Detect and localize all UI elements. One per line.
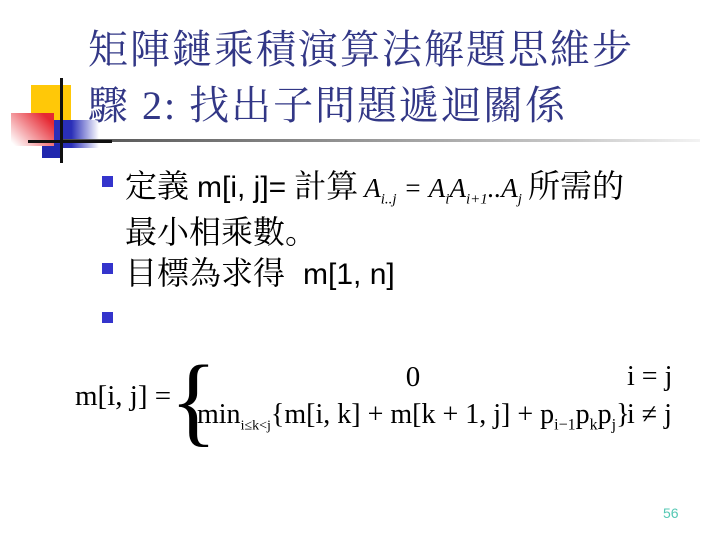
bullet1-define-text: 定義 [125, 168, 189, 204]
slide-number: 56 [663, 505, 679, 521]
formula-body: {m[i, k] + m[k + 1, j] + p [271, 399, 554, 430]
decor-small-blue-square [42, 144, 62, 158]
bullet2-label-text: 目標為求得 [125, 255, 285, 291]
bullet2-m-expression: m[1, n] [303, 258, 395, 291]
formula-lhs: m[i, j] = [75, 380, 171, 413]
bullet1-line2-text: 最小相乘數。 [125, 214, 317, 250]
title-underline-rule [60, 139, 700, 142]
slide-title-line1: 矩陣鏈乘積演算法解題思維步 [88, 22, 634, 78]
bullet1-line1: 定義m[i, j]=計算Ai..j=AiAi+1..Aj所需的 [125, 166, 624, 208]
math-sub: i..j [381, 191, 397, 207]
bullet-marker [102, 176, 113, 187]
math-dots: .. [488, 173, 502, 203]
bullet1-m-expression: m[i, j]= [197, 171, 286, 204]
math-A: A [449, 173, 466, 203]
slide: 矩陣鏈乘積演算法解題思維步 驟 2: 找出子問題遞迴關係 定義m[i, j]=計… [0, 0, 720, 540]
formula-body: p [598, 399, 612, 430]
decor-vertical-line [60, 78, 63, 163]
math-A: A [501, 173, 518, 203]
bullet2-line: 目標為求得m[1, n] [125, 253, 395, 295]
bullet1-inline-formula: Ai..j=AiAi+1..Aj [364, 173, 522, 203]
math-A: A [429, 173, 446, 203]
math-sub: i+1 [466, 191, 488, 207]
formula-sub: k [590, 417, 598, 434]
formula-conditions: i = j i ≠ j [627, 360, 672, 436]
bullet-marker-empty [102, 312, 113, 323]
formula-case2-condition: i ≠ j [627, 398, 672, 436]
formula-min: min [197, 399, 241, 430]
math-A: A [364, 173, 381, 203]
decor-horizontal-line [28, 140, 112, 143]
math-equals: = [404, 173, 422, 203]
recurrence-formula: m[i, j] = { 0 mini≤k<j{m[i, k] + m[k + 1… [75, 358, 705, 458]
slide-title: 矩陣鏈乘積演算法解題思維步 驟 2: 找出子問題遞迴關係 [88, 22, 634, 134]
math-sub: j [518, 191, 522, 207]
formula-sub: i−1 [554, 417, 575, 434]
bullet1-line2: 最小相乘數。 [125, 212, 317, 252]
bullet1-suffix-text: 所需的 [528, 168, 624, 204]
formula-case1-condition: i = j [627, 360, 672, 398]
bullet-marker [102, 263, 113, 274]
slide-title-line2: 驟 2: 找出子問題遞迴關係 [88, 78, 634, 134]
formula-case1-value: 0 [197, 360, 629, 398]
formula-body: p [576, 399, 590, 430]
formula-case2-expression: mini≤k<j{m[i, k] + m[k + 1, j] + pi−1pkp… [197, 398, 629, 432]
bullet1-compute-text: 計算 [294, 168, 358, 204]
formula-min-sub: i≤k<j [241, 419, 271, 434]
formula-cases: 0 mini≤k<j{m[i, k] + m[k + 1, j] + pi−1p… [197, 360, 629, 432]
